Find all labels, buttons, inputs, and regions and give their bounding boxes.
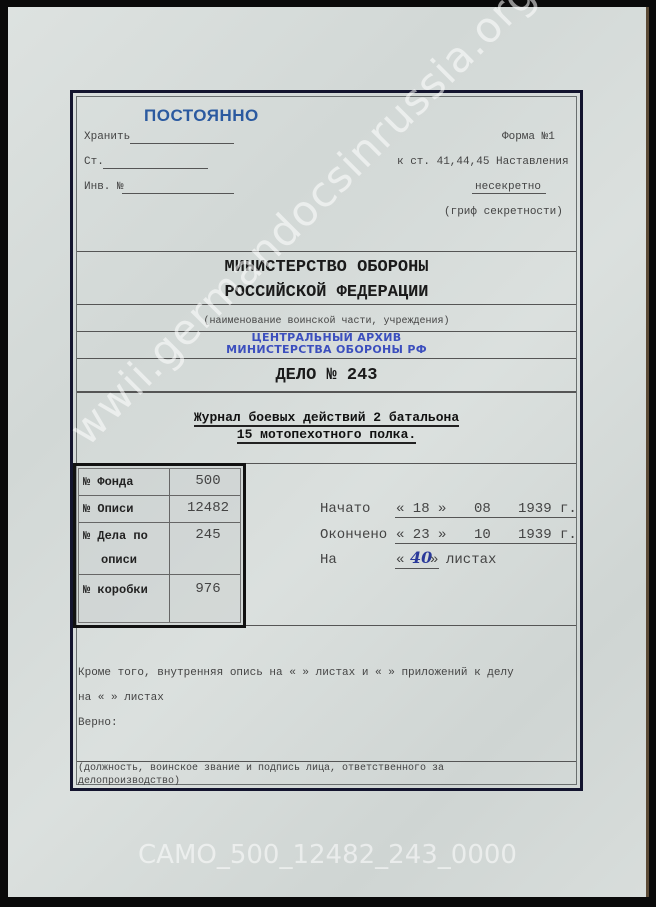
- fund-label: № Фонда: [83, 475, 133, 489]
- appendix-text2: на « » листах: [78, 692, 164, 704]
- box-label: № коробки: [83, 583, 148, 597]
- classification: несекретно: [475, 181, 541, 193]
- article-line: [103, 168, 208, 169]
- permanent-stamp: ПОСТОЯННО: [144, 106, 259, 126]
- sheets-close: »: [430, 552, 438, 568]
- fund-row: № Дела по описи 245: [79, 523, 240, 575]
- fund-value: 500: [175, 473, 241, 489]
- sheets-open: «: [396, 552, 404, 568]
- classification-line: [472, 193, 546, 194]
- ended-line: [395, 543, 576, 544]
- ministry-line2: РОССИЙСКОЙ ФЕДЕРАЦИИ: [77, 283, 576, 302]
- signature-caption2: делопроизводство): [78, 776, 180, 787]
- ended-month: 10: [474, 527, 491, 543]
- ministry-line1: МИНИСТЕРСТВО ОБОРОНЫ: [77, 258, 576, 277]
- unit-caption: (наименование воинской части, учреждения…: [77, 316, 576, 327]
- keep-label: Хранить: [84, 131, 130, 143]
- inventory-value: 12482: [175, 500, 241, 516]
- ended-day: « 23 »: [396, 527, 446, 543]
- divider: [77, 251, 576, 252]
- fund-row: № коробки 976: [79, 575, 240, 625]
- description-line2: 15 мотопехотного полка.: [77, 427, 576, 442]
- signature-caption1: (должность, воинское звание и подпись ли…: [78, 763, 444, 774]
- ended-year: 1939 г.: [518, 527, 577, 543]
- description-text2: 15 мотопехотного полка.: [237, 427, 416, 444]
- classification-caption: (гриф секретности): [444, 206, 563, 218]
- divider: [246, 463, 576, 464]
- inventory-label: № Описи: [83, 502, 133, 516]
- description-line1: Журнал боевых действий 2 батальона: [77, 410, 576, 425]
- divider: [77, 761, 576, 762]
- divider: [77, 304, 576, 305]
- keep-line: [130, 143, 234, 144]
- started-day: « 18 »: [396, 501, 446, 517]
- started-line: [395, 517, 576, 518]
- case-label-cont: описи: [101, 553, 137, 567]
- fund-row: № Описи 12482: [79, 496, 240, 523]
- file-id-watermark: CAMO_500_12482_243_0000: [138, 840, 517, 870]
- sheets-line: [395, 568, 439, 569]
- fund-table-inner: № Фонда 500 № Описи 12482 № Дела по опис…: [78, 468, 241, 623]
- started-label: Начато: [320, 501, 370, 517]
- fund-table: № Фонда 500 № Описи 12482 № Дела по опис…: [73, 463, 246, 628]
- ended-label: Окончено: [320, 527, 387, 543]
- divider: [246, 625, 576, 626]
- regulation-ref: к ст. 41,44,45 Наставления: [397, 156, 569, 168]
- article-label: Ст.: [84, 156, 104, 168]
- started-month: 08: [474, 501, 491, 517]
- sheets-unit: листах: [446, 552, 496, 568]
- description-text1: Журнал боевых действий 2 батальона: [194, 410, 459, 427]
- case-value: 245: [175, 527, 241, 543]
- inventory-line: [122, 193, 234, 194]
- fund-row: № Фонда 500: [79, 469, 240, 496]
- inventory-label: Инв. №: [84, 181, 124, 193]
- case-label: № Дела по: [83, 529, 148, 543]
- form-number: Форма №1: [502, 131, 555, 143]
- box-value: 976: [175, 581, 241, 597]
- sheets-label: На: [320, 552, 337, 568]
- verified-label: Верно:: [78, 717, 118, 729]
- started-year: 1939 г.: [518, 501, 577, 517]
- sheets-count: 40: [410, 548, 432, 567]
- appendix-text1: Кроме того, внутренняя опись на « » лист…: [78, 667, 514, 679]
